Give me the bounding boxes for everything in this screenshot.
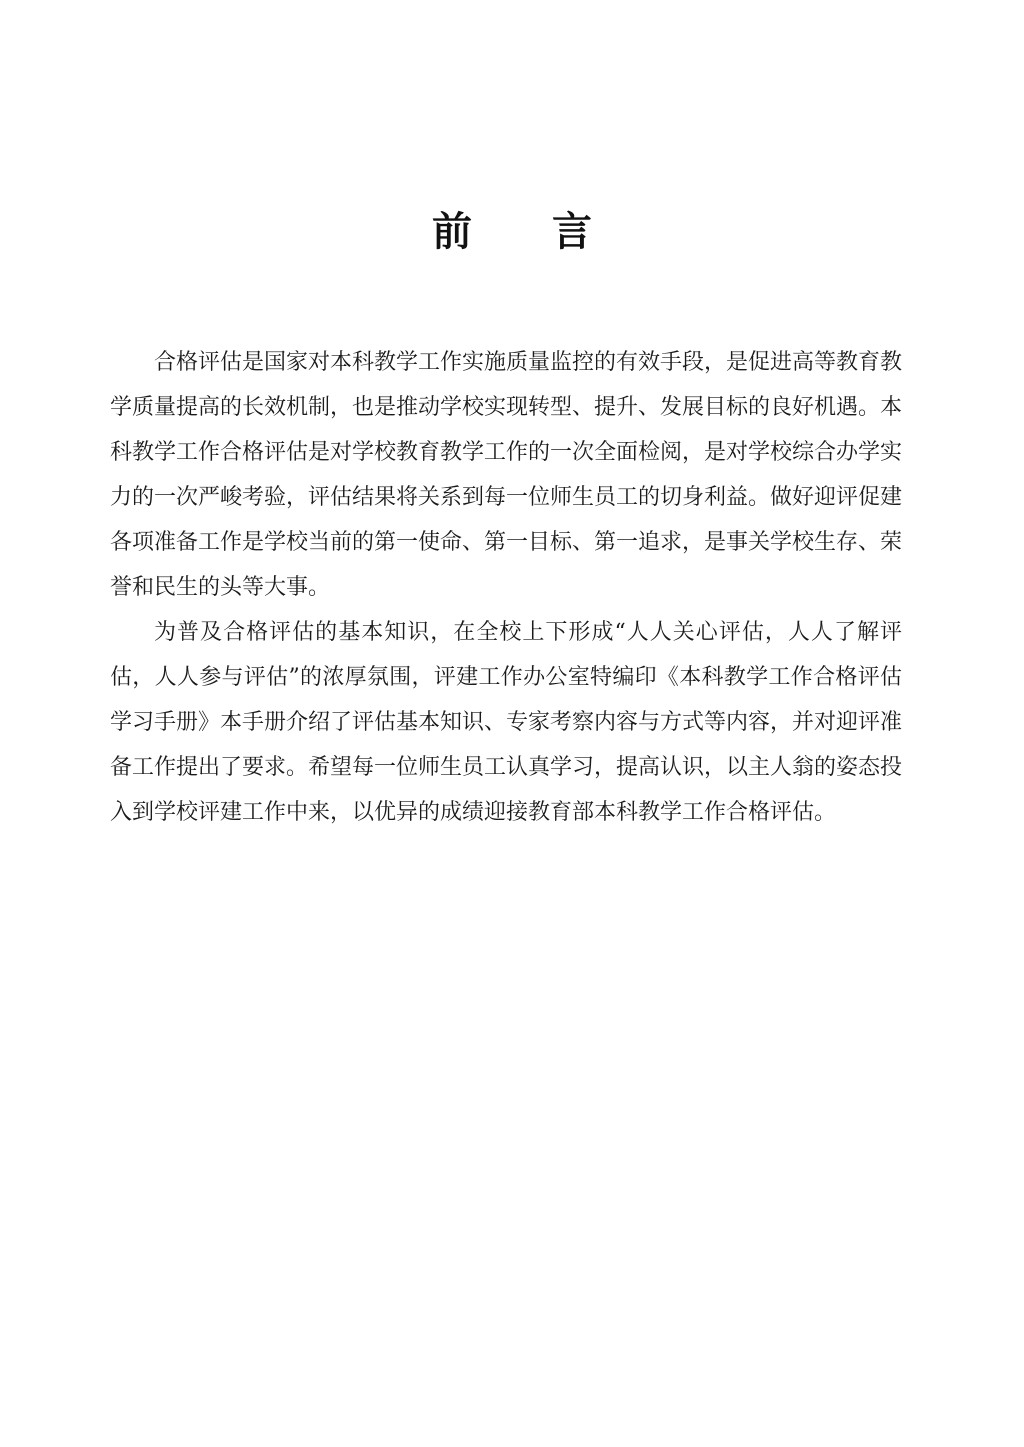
document-page: 前 言 合格评估是国家对本科教学工作实施质量监控的有效手段，是促进高等教育教学质… (0, 0, 1024, 1447)
page-title: 前 言 (0, 212, 1024, 252)
preface-paragraph-2: 为普及合格评估的基本知识，在全校上下形成“人人关心评估，人人了解评估，人人参与评… (110, 610, 902, 835)
preface-paragraph-1: 合格评估是国家对本科教学工作实施质量监控的有效手段，是促进高等教育教学质量提高的… (110, 340, 902, 610)
document-body: 合格评估是国家对本科教学工作实施质量监控的有效手段，是促进高等教育教学质量提高的… (110, 340, 902, 835)
